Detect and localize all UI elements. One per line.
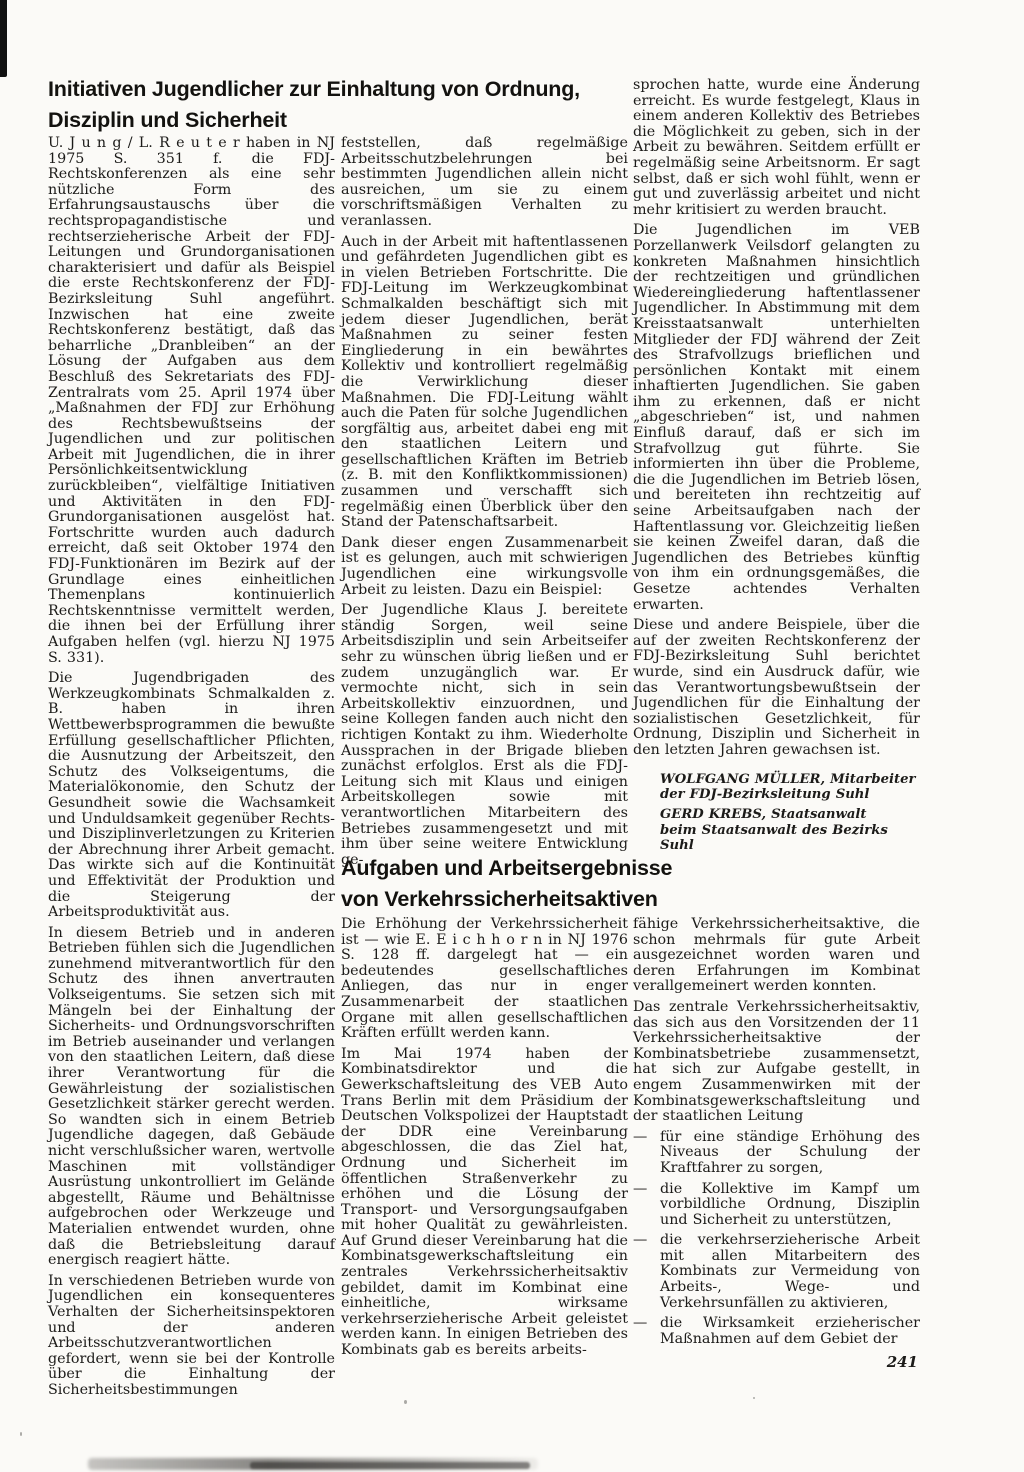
author-credits: WOLFGANG MÜLLER, Mitarbeiter der FDJ-Bez…	[633, 772, 920, 854]
paragraph: Die Jugendbrigaden des Werkzeugkombinats…	[48, 671, 335, 921]
paragraph: Dank dieser engen Zusammenarbeit ist es …	[341, 536, 628, 598]
author-name-role: WOLFGANG MÜLLER, Mitarbeiter	[660, 772, 920, 787]
article2-column-2: fähige Verkehrssicherheitsaktive, die sc…	[633, 917, 920, 1352]
article2-title-line1: Aufgaben und Arbeitsergebnisse	[341, 853, 921, 884]
article2-column-1: Die Erhöhung der Verkehrssicherheit ist …	[341, 917, 628, 1364]
author-credit: WOLFGANG MÜLLER, Mitarbeiter der FDJ-Bez…	[660, 772, 920, 803]
paragraph: Im Mai 1974 haben der Kombinatsdirektor …	[341, 1047, 628, 1359]
paragraph: Diese und andere Beispiele, über die auf…	[633, 618, 920, 758]
article1-column-2: feststellen, daß regelmäßige Arbeitsschu…	[341, 136, 628, 873]
em-dash-bullet: —	[633, 1233, 647, 1249]
bullet-list: — für eine ständige Erhöhung des Niveaus…	[633, 1130, 920, 1348]
em-dash-bullet: —	[633, 1130, 647, 1146]
author-affiliation: beim Staatsanwalt des Bezirks Suhl	[660, 823, 920, 854]
author-name-role: GERD KREBS, Staatsanwalt	[660, 807, 920, 822]
scan-speck	[20, 1432, 22, 1436]
scan-speck	[404, 1400, 407, 1404]
bullet-item: — die Kollektive im Kampf um vorbildlich…	[633, 1182, 920, 1229]
article2-title: Aufgaben und Arbeitsergebnisse von Verke…	[341, 853, 921, 915]
article1-title: Initiativen Jugendlicher zur Einhaltung …	[48, 74, 623, 136]
article2-title-line2: von Verkehrssicherheitsaktiven	[341, 884, 921, 915]
bullet-text: die Kollektive im Kampf um vorbildliche …	[660, 1181, 920, 1228]
bullet-item: — die verkehrserzieherische Arbeit mit a…	[633, 1233, 920, 1311]
article1-title-line1: Initiativen Jugendlicher zur Einhaltung …	[48, 74, 623, 105]
paragraph: Der Jugendliche Klaus J. bereitete ständ…	[341, 603, 628, 868]
bullet-item: — die Wirksamkeit erzieherischer Maßnahm…	[633, 1316, 920, 1347]
scan-artifact-bottom-smudge-dark	[250, 1462, 530, 1469]
paragraph: fähige Verkehrssicherheitsaktive, die sc…	[633, 917, 920, 995]
paragraph: Die Jugendlichen im VEB Porzellanwerk Ve…	[633, 223, 920, 613]
paragraph: sprochen hatte, wurde eine Änderung erre…	[633, 78, 920, 218]
page-number: 241	[858, 1353, 918, 1371]
em-dash-bullet: —	[633, 1182, 647, 1198]
bullet-item: — für eine ständige Erhöhung des Niveaus…	[633, 1130, 920, 1177]
article1-column-1: U. J u n g / L. R e u t e r haben in NJ …	[48, 136, 335, 1404]
bullet-text: die Wirksamkeit erzieherischer Maßnahmen…	[660, 1315, 920, 1347]
em-dash-bullet: —	[633, 1316, 647, 1332]
journal-page: Initiativen Jugendlicher zur Einhaltung …	[0, 0, 1024, 1472]
paragraph: U. J u n g / L. R e u t e r haben in NJ …	[48, 136, 335, 666]
bullet-text: für eine ständige Erhöhung des Niveaus d…	[660, 1129, 920, 1176]
scan-speck	[753, 1397, 755, 1399]
paragraph: Das zentrale Verkehrssicherheitsaktiv, d…	[633, 1000, 920, 1125]
article1-title-line2: Disziplin und Sicherheit	[48, 105, 623, 136]
paragraph: Auch in der Arbeit mit haftentlassenen u…	[341, 235, 628, 531]
paragraph: feststellen, daß regelmäßige Arbeitsschu…	[341, 136, 628, 230]
paragraph: In diesem Betrieb und in anderen Betrieb…	[48, 926, 335, 1269]
scan-artifact-left-bar	[0, 0, 7, 77]
paragraph: In verschiedenen Betrieben wurde von Jug…	[48, 1274, 335, 1399]
bullet-text: die verkehrserzieherische Arbeit mit all…	[660, 1232, 920, 1310]
author-affiliation: der FDJ-Bezirksleitung Suhl	[660, 787, 920, 802]
paragraph: Die Erhöhung der Verkehrssicherheit ist …	[341, 917, 628, 1042]
article1-column-3: sprochen hatte, wurde eine Änderung erre…	[633, 78, 920, 859]
author-credit: GERD KREBS, Staatsanwalt beim Staatsanwa…	[660, 807, 920, 853]
